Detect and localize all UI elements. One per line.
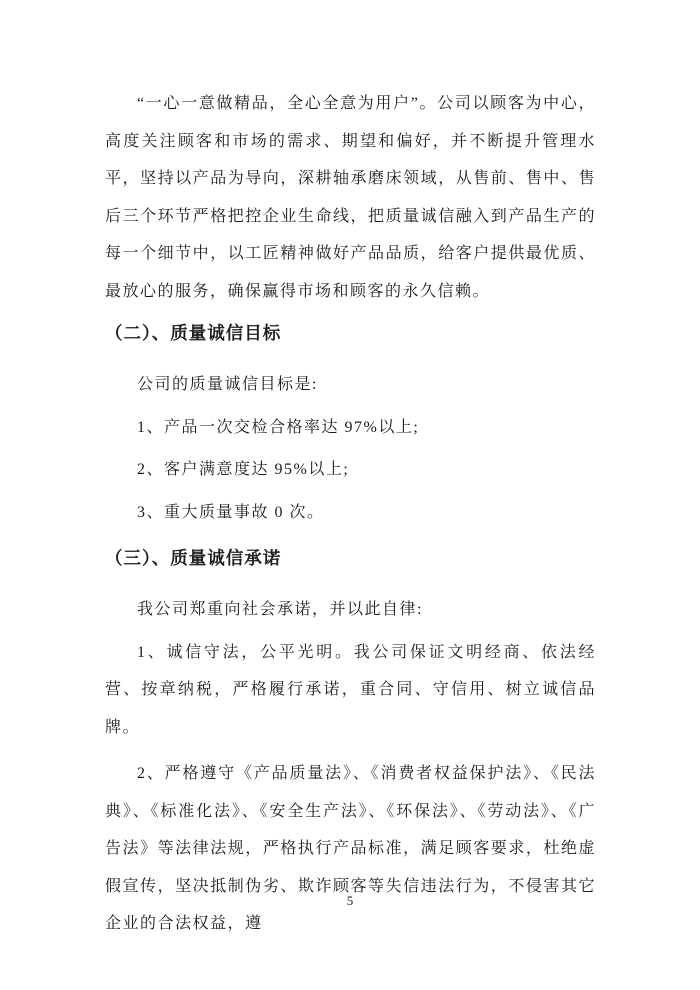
- goal-item-1: 1、产品一次交检合格率达 97%以上;: [105, 409, 596, 447]
- section-goals-heading: （二）、质量诚信目标: [105, 318, 596, 348]
- page-number: 5: [0, 893, 700, 909]
- section-promises-heading: （三）、质量诚信承诺: [105, 543, 596, 573]
- promises-lead: 我公司郑重向社会承诺，并以此自律:: [105, 591, 596, 629]
- goals-lead: 公司的质量诚信目标是:: [105, 366, 596, 404]
- goal-item-2: 2、客户满意度达 95%以上;: [105, 451, 596, 489]
- document-page: “一心一意做精品，全心全意为用户”。公司以顾客为中心，高度关注顾客和市场的需求、…: [0, 0, 700, 990]
- promise-item-1: 1、诚信守法，公平光明。我公司保证文明经商、依法经营、按章纳税，严格履行承诺，重…: [105, 634, 596, 747]
- intro-paragraph: “一心一意做精品，全心全意为用户”。公司以顾客为中心，高度关注顾客和市场的需求、…: [105, 85, 596, 310]
- promise-item-2: 2、严格遵守《产品质量法》、《消费者权益保护法》、《民法典》、《标准化法》、《安…: [105, 755, 596, 943]
- goal-item-3: 3、重大质量事故 0 次。: [105, 494, 596, 532]
